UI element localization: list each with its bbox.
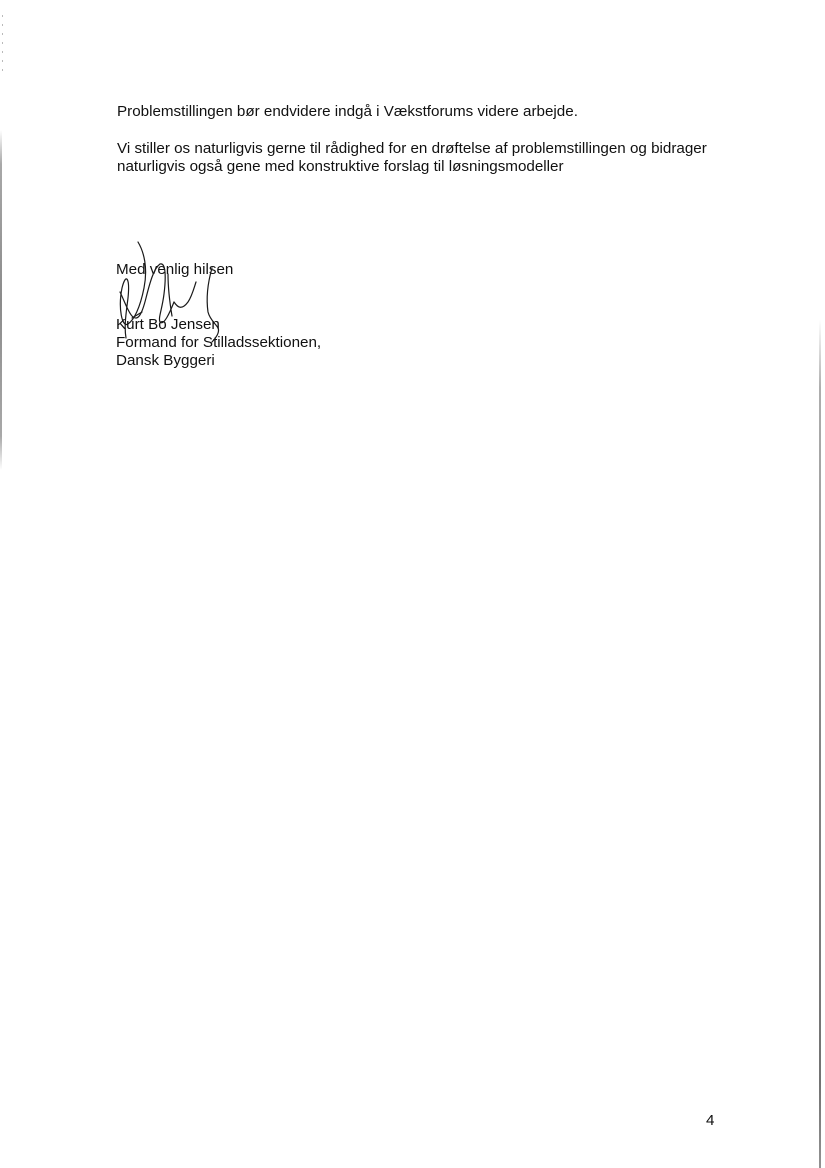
document-page: Problemstillingen bør endvidere indgå i … <box>0 0 825 1168</box>
scan-edge-right <box>819 320 821 1168</box>
signatory-name: Kurt Bo Jensen <box>116 316 220 334</box>
paragraph-availability-line-1: Vi stiller os naturligvis gerne til rådi… <box>117 140 707 158</box>
closing-salutation: Med venlig hilsen <box>116 261 233 279</box>
scan-edge-left-top <box>2 15 3 75</box>
signatory-title: Formand for Stilladssektionen, <box>116 334 321 352</box>
page-number: 4 <box>706 1112 714 1130</box>
signatory-organization: Dansk Byggeri <box>116 352 215 370</box>
paragraph-availability-line-2: naturligvis også gene med konstruktive f… <box>117 158 564 176</box>
paragraph-growth-forum: Problemstillingen bør endvidere indgå i … <box>117 103 578 121</box>
scan-edge-left <box>0 130 2 470</box>
